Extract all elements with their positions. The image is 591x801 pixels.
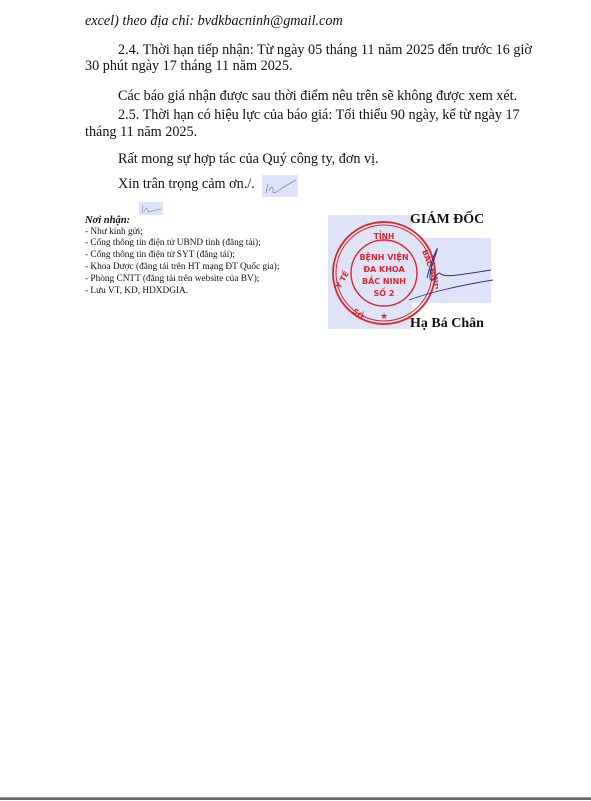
recipient-item: - Cổng thông tin điện tử UBND tỉnh (đăng… [85,238,261,250]
stamp-center-line: BẮC NINH [362,274,406,286]
stamp-center-line: BỆNH VIỆN [359,252,408,262]
initials-scribble-icon [139,202,163,215]
signature-scribble-icon [262,175,298,197]
recipient-item: - Phòng CNTT (đăng tải trên website của … [85,274,259,286]
cooperation-line: Rất mong sự hợp tác của Quý công ty, đơn… [118,151,379,168]
signer-name: Hạ Bá Chân [410,315,484,332]
paragraph-2-4-line-2: 30 phút ngày 17 tháng 11 năm 2025. [85,58,293,75]
recipient-item: - Như kính gửi; [85,227,143,239]
recipients-initials [139,202,163,215]
stamp-center-line: ĐA KHOA [363,265,405,274]
stamp-star-icon: ★ [380,311,388,321]
stamp-center-line: SỐ 2 [374,286,395,298]
director-signature [405,240,495,305]
page-bottom-border [0,797,591,800]
initials-signature [262,175,298,197]
recipients-heading: Nơi nhận: [85,215,130,227]
late-notice: Các báo giá nhận được sau thời điểm nêu … [118,88,517,105]
email-line: excel) theo địa chỉ: bvdkbacninh@gmail.c… [85,13,343,30]
paragraph-2-5-line-1: 2.5. Thời hạn có hiệu lực của báo giá: T… [118,107,520,124]
recipient-item: - Lưu VT, KD, HDXDGIA. [85,286,188,298]
recipient-item: - Cổng thông tin điện tử SYT (đăng tải); [85,250,235,262]
paragraph-2-5-line-2: tháng 11 năm 2025. [85,124,197,141]
paragraph-2-4-line-1: 2.4. Thời hạn tiếp nhận: Từ ngày 05 thán… [118,42,532,59]
thanks-line: Xin trân trọng cảm ơn./. [118,176,255,193]
stamp-ring-top: TỈNH [374,231,394,241]
recipient-item: - Khoa Dược (đăng tải trên HT mạng ĐT Qu… [85,262,279,274]
